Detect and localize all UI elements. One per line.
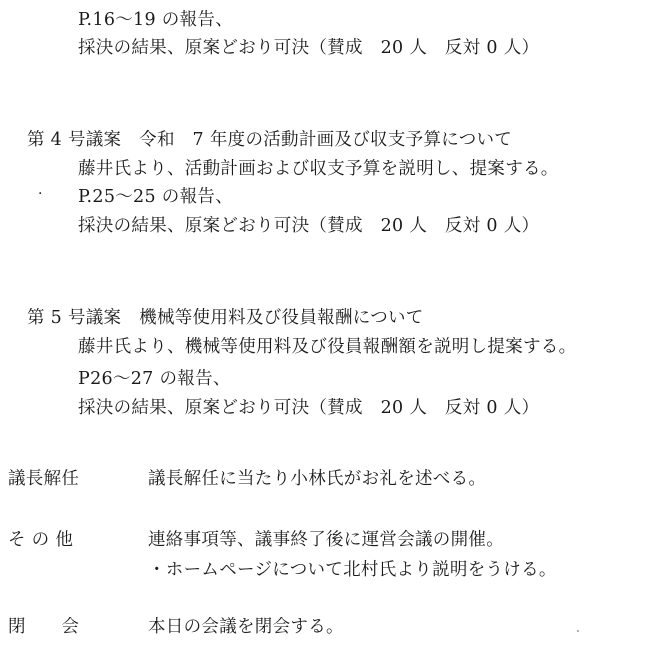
item4-report: P.25～25 の報告、 xyxy=(78,186,233,208)
item5-report: P26～27 の報告、 xyxy=(78,368,231,390)
other-text: 連絡事項等、議事終了後に運営会議の開催。 xyxy=(148,529,504,551)
dismissal-label: 議長解任 xyxy=(8,468,79,490)
item4-vote-result: 採決の結果、原案どおり可決（賛成 20 人 反対 0 人） xyxy=(78,215,539,237)
item5-heading: 第 5 号議案 機械等使用料及び役員報酬について xyxy=(27,307,424,329)
item4-proposal: 藤井氏より、活動計画および収支予算を説明し、提案する。 xyxy=(78,158,559,180)
dismissal-text: 議長解任に当たり小林氏がお礼を述べる。 xyxy=(148,468,486,490)
other-subitem: ・ホームページについて北村氏より説明をうける。 xyxy=(148,559,557,581)
closing-text: 本日の会議を閉会する。 xyxy=(148,616,344,638)
item3-vote-result: 採決の結果、原案どおり可決（賛成 20 人 反対 0 人） xyxy=(78,37,539,59)
item5-proposal: 藤井氏より、機械等使用料及び役員報酬額を説明し提案する。 xyxy=(78,336,576,358)
item4-heading: 第 4 号議案 令和 7 年度の活動計画及び収支予算について xyxy=(27,129,512,151)
closing-label: 閉 会 xyxy=(8,616,79,638)
scan-speck xyxy=(577,630,579,632)
item5-vote-result: 採決の結果、原案どおり可決（賛成 20 人 反対 0 人） xyxy=(78,397,539,419)
other-label: そ の 他 xyxy=(8,529,73,551)
item3-report: P.16～19 の報告、 xyxy=(78,9,233,31)
stray-bullet-mark: · xyxy=(38,186,42,202)
